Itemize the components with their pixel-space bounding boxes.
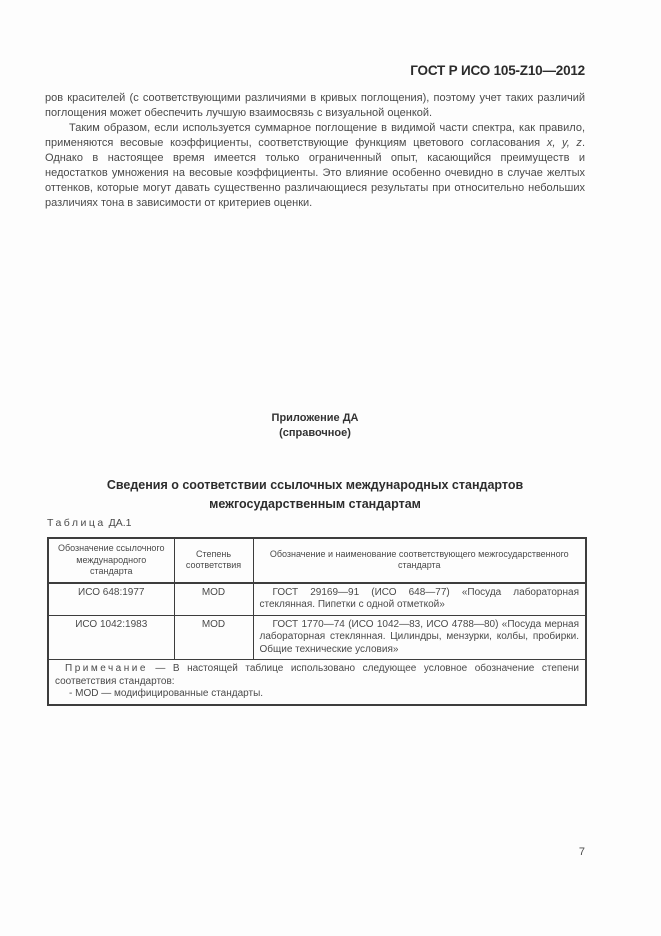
table-caption-number: ДА.1 bbox=[109, 517, 132, 529]
paragraph-second-start: Таким образом, если используется суммарн… bbox=[45, 122, 585, 149]
column-header-degree: Степень соответствия bbox=[174, 538, 253, 583]
running-head: ГОСТ Р ИСО 105-Z10—2012 bbox=[45, 63, 585, 78]
column-header-reference-standard: Обозначение ссылочного международного ст… bbox=[48, 538, 174, 583]
table-note-item: - MOD — модифицированные стандарты. bbox=[55, 688, 579, 701]
correspondence-table: Обозначение ссылочного международного ст… bbox=[47, 537, 587, 706]
section-title: Сведения о соответствии ссылочных междун… bbox=[45, 476, 585, 514]
column-header-interstate-standard: Обозначение и наименование соответствующ… bbox=[253, 538, 586, 583]
appendix-heading: Приложение ДА (справочное) bbox=[45, 411, 585, 441]
table-caption-label: Таблица bbox=[47, 517, 106, 529]
paragraph-continuation: ров красителей (с соответствующими разли… bbox=[45, 91, 585, 121]
cell-reference-standard: ИСО 648:1977 bbox=[48, 583, 174, 616]
section-title-line2: межгосударственным стандартам bbox=[45, 495, 585, 514]
cell-degree: MOD bbox=[174, 615, 253, 660]
table-note: Примечание — В настоящей таблице использ… bbox=[55, 663, 579, 688]
body-text: ров красителей (с соответствующими разли… bbox=[45, 91, 585, 211]
cell-reference-standard: ИСО 1042:1983 bbox=[48, 615, 174, 660]
table-row: ИСО 648:1977 MOD ГОСТ 29169—91 (ИСО 648—… bbox=[48, 583, 586, 616]
table-note-cell: Примечание — В настоящей таблице использ… bbox=[48, 660, 586, 705]
color-matching-variables: x, y, z bbox=[547, 137, 582, 149]
cell-interstate-standard: ГОСТ 1770—74 (ИСО 1042—83, ИСО 4788—80) … bbox=[253, 615, 586, 660]
table-note-row: Примечание — В настоящей таблице использ… bbox=[48, 660, 586, 705]
table-header-row: Обозначение ссылочного международного ст… bbox=[48, 538, 586, 583]
document-page: ГОСТ Р ИСО 105-Z10—2012 ров красителей (… bbox=[0, 0, 661, 936]
table-caption: Таблица ДА.1 bbox=[47, 517, 131, 529]
page-number: 7 bbox=[45, 846, 585, 858]
table-note-label: Примечание bbox=[65, 663, 148, 674]
table-row: ИСО 1042:1983 MOD ГОСТ 1770—74 (ИСО 1042… bbox=[48, 615, 586, 660]
appendix-title: Приложение ДА bbox=[45, 411, 585, 426]
cell-interstate-standard: ГОСТ 29169—91 (ИСО 648—77) «Посуда лабор… bbox=[253, 583, 586, 616]
section-title-line1: Сведения о соответствии ссылочных междун… bbox=[45, 476, 585, 495]
appendix-subtitle: (справочное) bbox=[45, 426, 585, 441]
paragraph-second: Таким образом, если используется суммарн… bbox=[45, 121, 585, 211]
cell-degree: MOD bbox=[174, 583, 253, 616]
